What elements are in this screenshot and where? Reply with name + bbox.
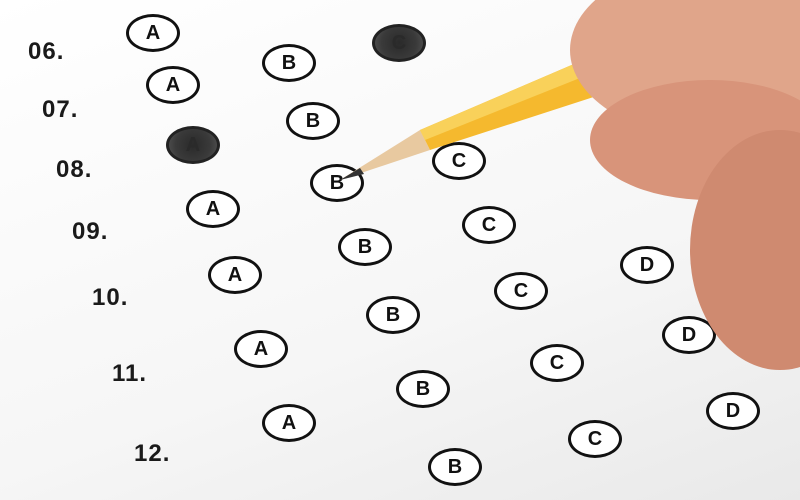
answer-bubble: C: [568, 420, 622, 458]
hand-image: [480, 0, 800, 390]
question-number: 06.: [28, 38, 64, 66]
question-number: 11.: [112, 360, 147, 388]
answer-bubble: A: [208, 256, 262, 294]
question-number: 09.: [72, 218, 108, 246]
answer-bubble: B: [396, 370, 450, 408]
question-number: 07.: [42, 96, 78, 124]
answer-bubble: B: [428, 448, 482, 486]
answer-bubble: A: [234, 330, 288, 368]
question-number: 10.: [92, 284, 128, 312]
answer-bubble: A: [186, 190, 240, 228]
question-number: 08.: [56, 156, 92, 184]
answer-bubble: D: [706, 392, 760, 430]
answer-bubble: A: [146, 66, 200, 104]
answer-bubble: A: [126, 14, 180, 52]
answer-bubble: A: [166, 126, 220, 164]
answer-bubble: A: [262, 404, 316, 442]
question-number: 12.: [134, 440, 170, 468]
answer-bubble: B: [338, 228, 392, 266]
answer-bubble: B: [366, 296, 420, 334]
